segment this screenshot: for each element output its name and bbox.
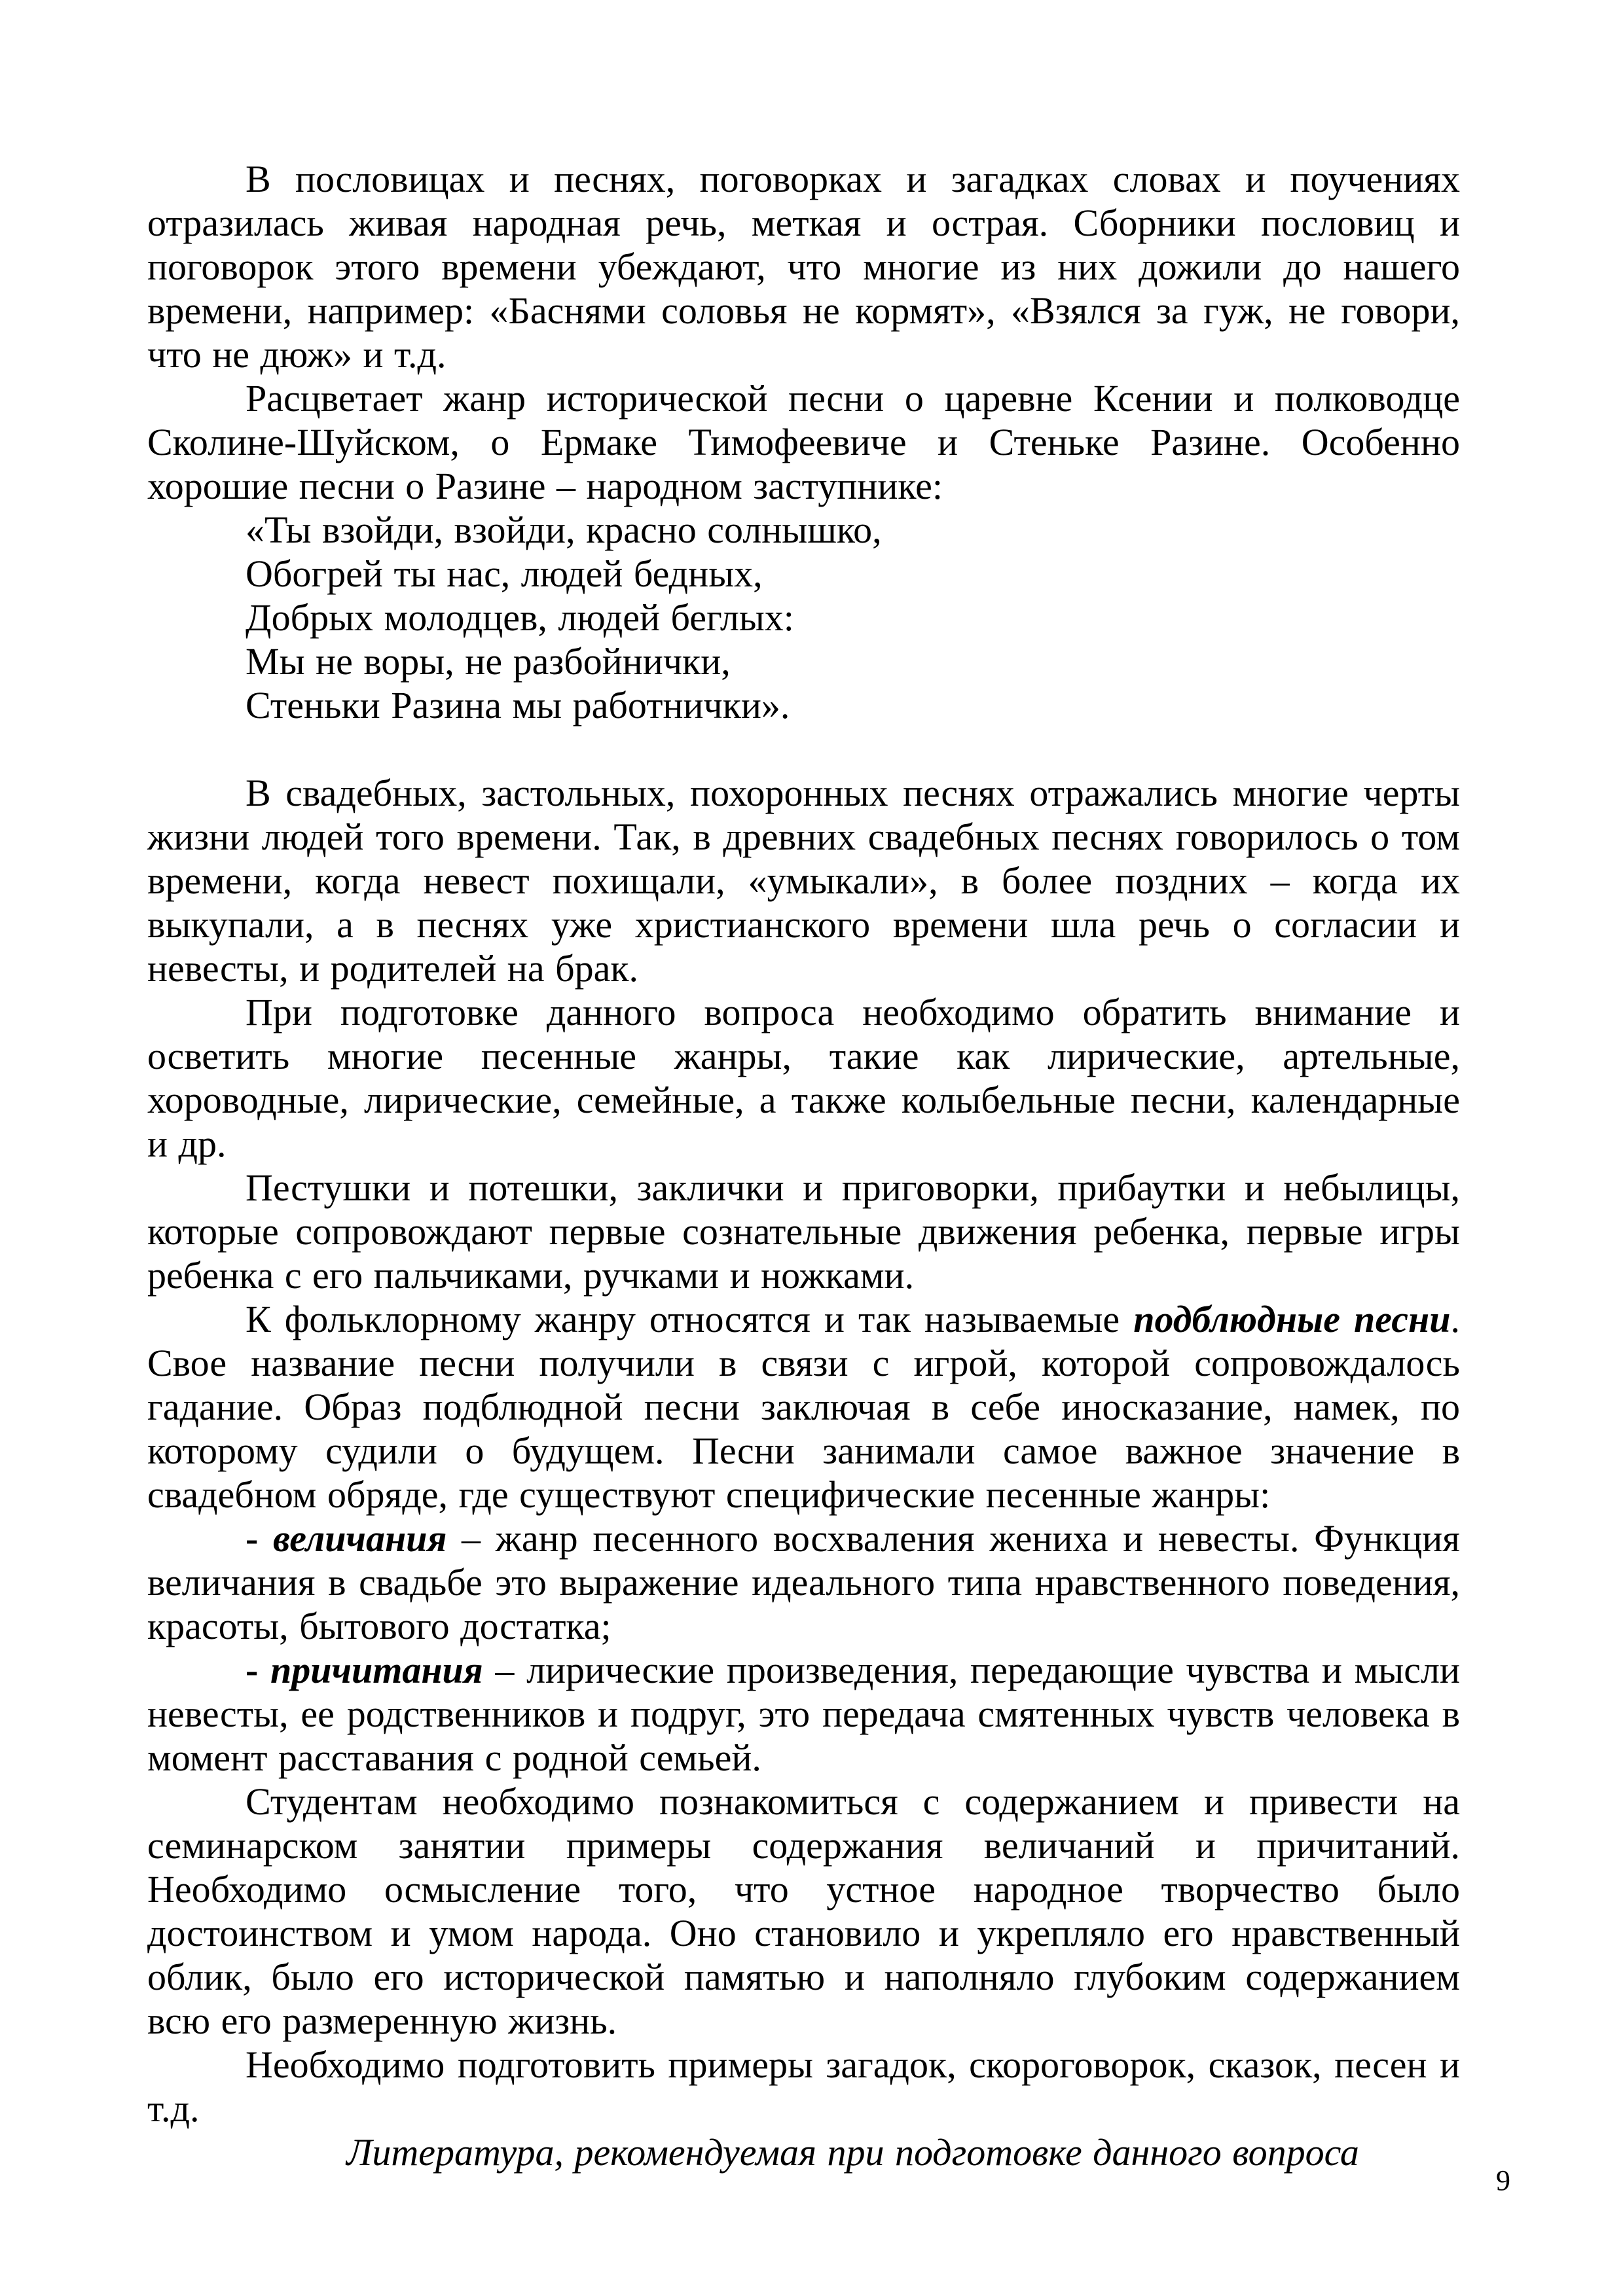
blank-line: [147, 727, 1460, 771]
paragraph: Необходимо подготовить примеры загадок, …: [147, 2043, 1460, 2130]
document-body: В пословицах и песнях, поговорках и зага…: [147, 157, 1460, 2174]
page-number: 9: [1496, 2166, 1510, 2195]
text-run: Пестушки и потешки, заклички и приговорк…: [147, 1166, 1460, 1297]
text-run: -: [246, 1649, 270, 1691]
paragraph: Расцветает жанр исторической песни о цар…: [147, 376, 1460, 508]
text-run: подблюдные песни: [1133, 1298, 1450, 1340]
verse-line: Добрых молодцев, людей беглых:: [246, 596, 1460, 639]
verse-line: Стеньки Разина мы работнички».: [246, 683, 1460, 727]
text-run: Студентам необходимо познакомиться с сод…: [147, 1780, 1460, 2042]
text-run: Расцветает жанр исторической песни о цар…: [147, 377, 1460, 507]
text-run: Литература, рекомендуемая при подготовке…: [346, 2131, 1359, 2174]
paragraph: Пестушки и потешки, заклички и приговорк…: [147, 1166, 1460, 1297]
text-run: При подготовке данного вопроса необходим…: [147, 991, 1460, 1165]
text-run: К фольклорному жанру относятся и так наз…: [246, 1298, 1133, 1340]
verse-line: Мы не воры, не разбойнички,: [246, 639, 1460, 683]
text-run: причитания: [270, 1649, 483, 1691]
paragraph: При подготовке данного вопроса необходим…: [147, 990, 1460, 1166]
paragraph: Студентам необходимо познакомиться с сод…: [147, 1780, 1460, 2043]
text-run: величания: [273, 1517, 447, 1560]
paragraph: - причитания – лирические произведения, …: [147, 1648, 1460, 1780]
paragraph: К фольклорному жанру относятся и так наз…: [147, 1297, 1460, 1516]
text-run: В свадебных, застольных, похоронных песн…: [147, 772, 1460, 990]
paragraph: В свадебных, застольных, похоронных песн…: [147, 771, 1460, 990]
document-page: В пословицах и песнях, поговорках и зага…: [0, 0, 1623, 2296]
paragraph: - величания – жанр песенного восхваления…: [147, 1516, 1460, 1648]
text-run: В пословицах и песнях, поговорках и зага…: [147, 158, 1460, 376]
literature-heading: Литература, рекомендуемая при подготовке…: [147, 2130, 1460, 2174]
text-run: Необходимо подготовить примеры загадок, …: [147, 2043, 1460, 2130]
verse-line: «Ты взойди, взойди, красно солнышко,: [246, 508, 1460, 552]
text-run: -: [246, 1517, 273, 1560]
verse-line: Обогрей ты нас, людей бедных,: [246, 552, 1460, 596]
paragraph: В пословицах и песнях, поговорках и зага…: [147, 157, 1460, 376]
